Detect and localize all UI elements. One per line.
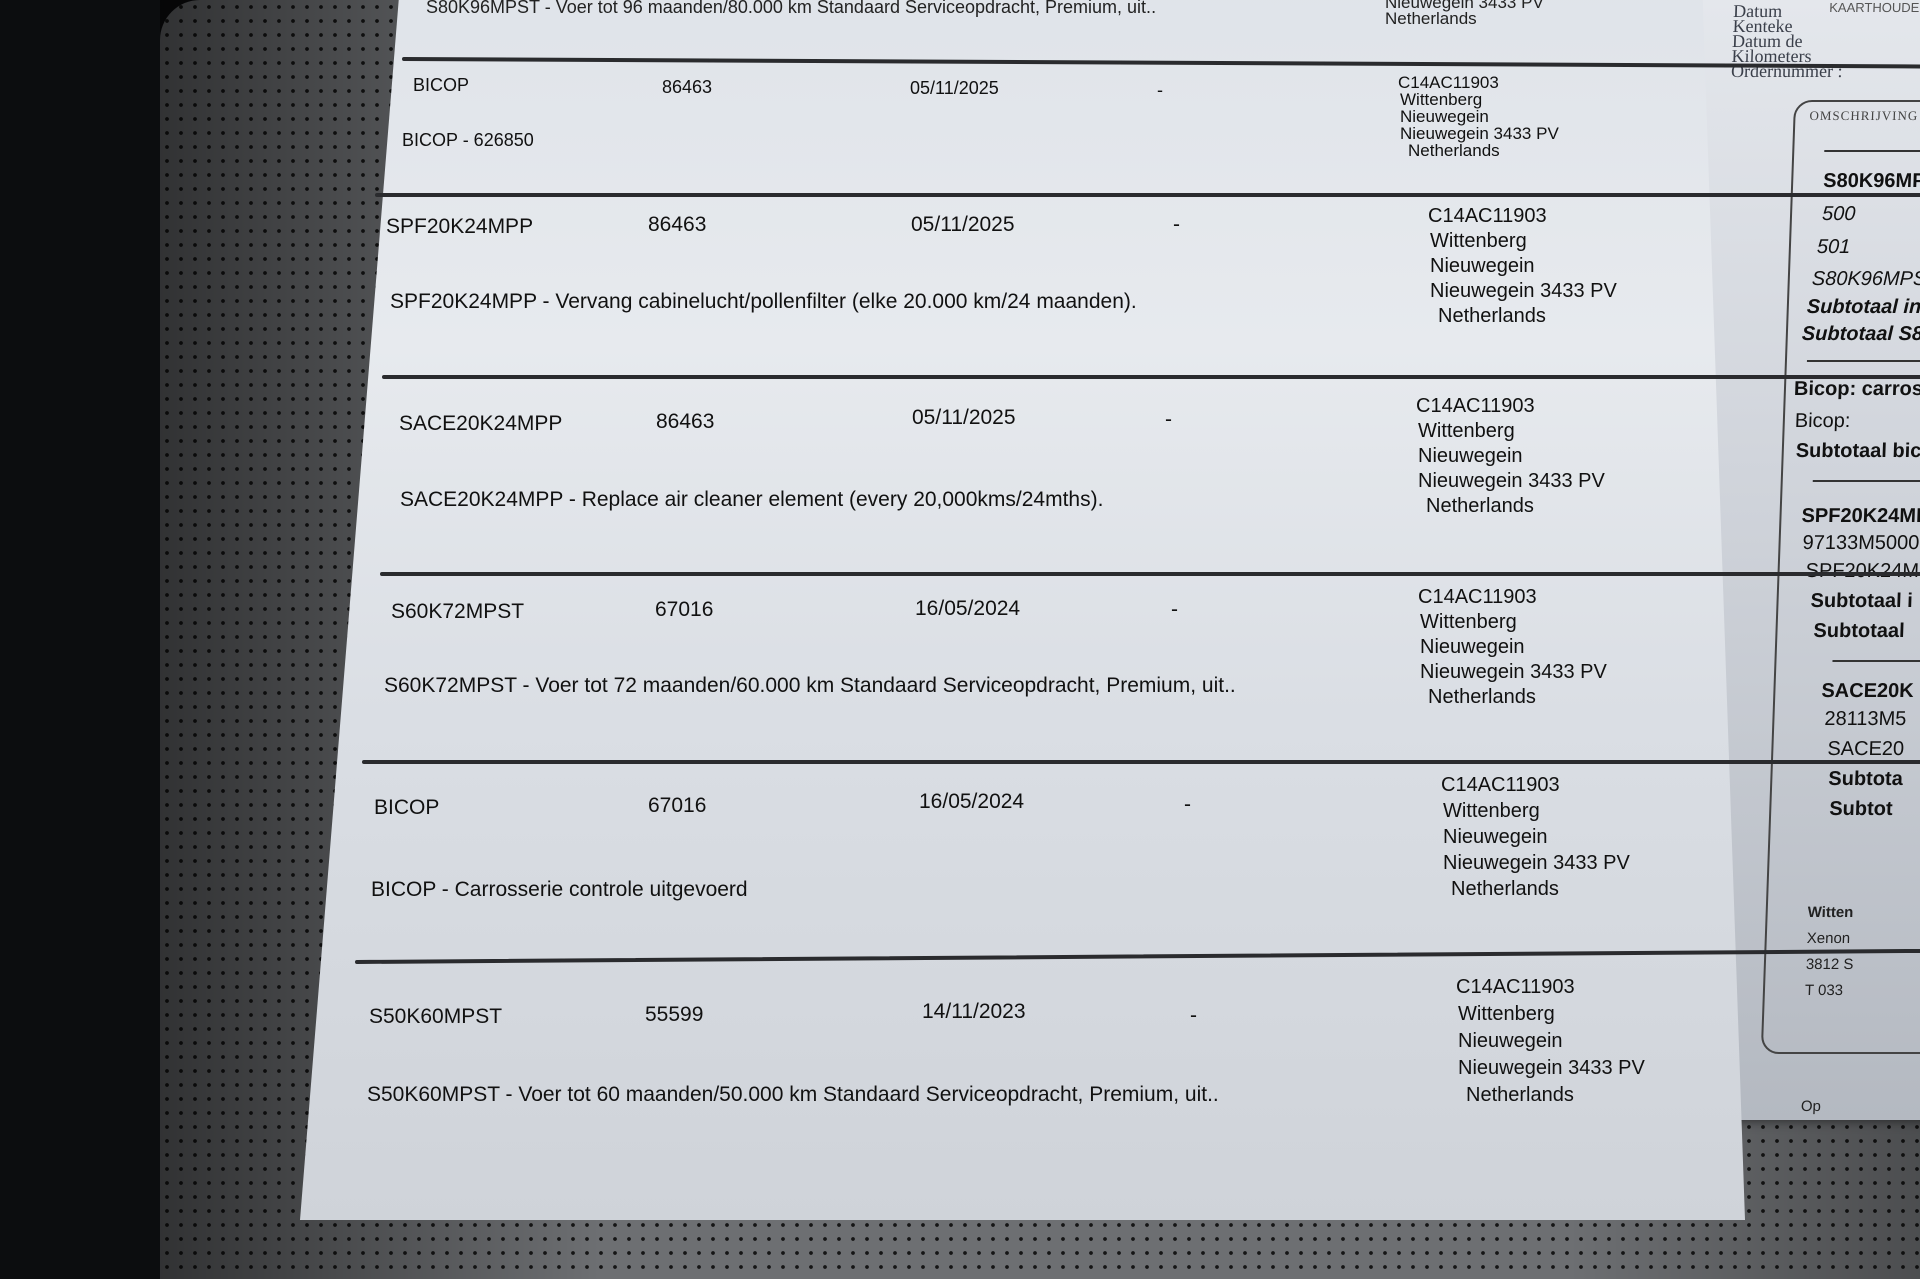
dealer-address-line: C14AC11903: [1418, 585, 1607, 610]
top-cut-description: S80K96MPST - Voer tot 96 maanden/80.000 …: [426, 0, 1156, 18]
dealer-address-line: Netherlands: [1426, 494, 1605, 519]
dealer-address-line: C14AC11903: [1456, 974, 1645, 1001]
service-code: BICOP: [413, 75, 469, 96]
dealer-address-line: Nieuwegein: [1430, 254, 1617, 279]
placeholder-dash: -: [1190, 1004, 1197, 1028]
dealer-address: C14AC11903WittenbergNieuwegeinNieuwegein…: [1441, 772, 1630, 902]
dealer-address-line: Nieuwegein 3433 PV: [1458, 1055, 1645, 1082]
dealer-address-line: C14AC11903: [1398, 74, 1559, 91]
side-doc-line: Subtotaal S8: [1801, 323, 1920, 346]
placeholder-dash: -: [1171, 598, 1178, 622]
mileage: 86463: [648, 213, 706, 237]
footer-line: Op: [1800, 1094, 1848, 1120]
mileage: 67016: [648, 794, 706, 818]
record-divider: [380, 572, 1920, 576]
dealer-address: C14AC11903WittenbergNieuwegeinNieuwegein…: [1416, 394, 1605, 519]
dealer-address-line: Wittenberg: [1400, 91, 1559, 108]
service-description: SACE20K24MPP - Replace air cleaner eleme…: [400, 488, 1103, 512]
mileage: 67016: [655, 598, 713, 622]
top-cut-address: Nieuwegein 3433 PV Netherlands: [1385, 0, 1544, 27]
dealer-address-line: C14AC11903: [1441, 772, 1630, 798]
dealer-address-line: Netherlands: [1466, 1082, 1645, 1109]
side-doc-line: Subtot: [1829, 798, 1893, 821]
side-doc-line: 500: [1822, 203, 1856, 226]
side-doc-divider: [1824, 150, 1920, 152]
service-code: BICOP: [374, 796, 439, 820]
mileage: 86463: [656, 410, 714, 434]
side-doc-line: Bicop:: [1794, 410, 1850, 433]
side-doc-line: Subtota: [1828, 768, 1903, 791]
side-doc-line: Bicop: carross: [1794, 378, 1920, 401]
dealer-address-line: Nieuwegein: [1420, 635, 1607, 660]
record-divider: [382, 375, 1920, 379]
service-code: S50K60MPST: [369, 1005, 502, 1029]
service-description: S50K60MPST - Voer tot 60 maanden/50.000 …: [367, 1083, 1219, 1107]
placeholder-dash: -: [1184, 793, 1191, 817]
stamp-text: KAARTHOUDER: [1829, 0, 1920, 15]
dealer-address-line: Nieuwegein: [1443, 824, 1630, 850]
footer-line: 3812 S: [1805, 952, 1853, 978]
placeholder-dash: -: [1165, 408, 1172, 432]
dealer-address-line: Nieuwegein: [1400, 108, 1559, 125]
dealer-address-line: Wittenberg: [1430, 229, 1617, 254]
service-date: 16/05/2024: [919, 790, 1024, 814]
dealer-address-line: Netherlands: [1428, 685, 1607, 710]
dealer-address-line: Nieuwegein 3433 PV: [1430, 279, 1617, 304]
dealer-address-line: Nieuwegein 3433 PV: [1420, 660, 1607, 685]
service-date: 14/11/2023: [922, 1000, 1026, 1024]
dealer-address-line: C14AC11903: [1416, 394, 1605, 419]
side-doc-divider: [1813, 480, 1920, 482]
side-doc-line: SACE20K: [1821, 680, 1914, 703]
service-date: 05/11/2025: [912, 406, 1016, 430]
dealer-address-line: Nieuwegein 3433 PV: [1443, 850, 1630, 876]
dealer-address: C14AC11903WittenbergNieuwegeinNieuwegein…: [1398, 74, 1559, 159]
service-code: SACE20K24MPP: [399, 412, 562, 436]
footer-line: Xenon: [1806, 926, 1854, 952]
dealer-address: C14AC11903WittenbergNieuwegeinNieuwegein…: [1418, 585, 1607, 710]
footer-line: T 033: [1804, 978, 1852, 1004]
side-doc-line: Subtotaal i: [1810, 590, 1913, 613]
side-doc-line: 501: [1817, 236, 1851, 259]
side-doc-line: Subtotaal bic: [1795, 440, 1920, 463]
record-divider: [375, 193, 1920, 197]
mileage: 86463: [662, 77, 712, 98]
placeholder-dash: -: [1173, 213, 1180, 237]
dealer-address: C14AC11903WittenbergNieuwegeinNieuwegein…: [1428, 204, 1617, 329]
dealer-address-line: Nieuwegein 3433 PV: [1418, 469, 1605, 494]
side-doc-line: Subtotaal: [1813, 620, 1905, 643]
dealer-address-line: Netherlands: [1438, 304, 1617, 329]
service-description: BICOP - 626850: [402, 130, 534, 151]
footer-line: Witten: [1807, 900, 1855, 926]
side-doc-line: 28113M5: [1824, 708, 1907, 731]
side-doc-line: SACE20: [1827, 738, 1905, 761]
service-code: SPF20K24MPP: [386, 215, 533, 239]
side-doc-divider: [1807, 360, 1920, 362]
service-code: S60K72MPST: [391, 600, 524, 624]
table-header: OMSCHRIJVING: [1809, 108, 1918, 124]
dealer-address-line: Wittenberg: [1458, 1001, 1645, 1028]
placeholder-dash: -: [1157, 80, 1163, 101]
service-description: SPF20K24MPP - Vervang cabinelucht/pollen…: [390, 290, 1137, 314]
service-date: 05/11/2025: [910, 78, 999, 99]
record-divider: [362, 760, 1920, 764]
side-doc-line: 97133M5000: [1802, 532, 1920, 555]
side-doc-line: S80K96MP: [1823, 170, 1920, 193]
side-doc-line: SPF20K24MP: [1801, 505, 1920, 528]
dealer-address-line: Netherlands: [1451, 876, 1630, 902]
service-date: 05/11/2025: [911, 213, 1015, 237]
address-line: Netherlands: [1385, 11, 1544, 27]
dealer-address-line: Netherlands: [1408, 142, 1559, 159]
dealer-address-line: Wittenberg: [1420, 610, 1607, 635]
side-doc-divider: [1832, 660, 1920, 662]
service-description: BICOP - Carrosserie controle uitgevoerd: [371, 878, 748, 902]
mileage: 55599: [645, 1003, 703, 1027]
dealer-address-line: C14AC11903: [1428, 204, 1617, 229]
side-doc-footer: Witten Xenon 3812 S T 033 Op: [1800, 900, 1855, 1120]
dealer-address: C14AC11903WittenbergNieuwegeinNieuwegein…: [1456, 974, 1645, 1109]
dealer-address-line: Nieuwegein: [1418, 444, 1605, 469]
dealer-address-line: Nieuwegein 3433 PV: [1400, 125, 1559, 142]
service-date: 16/05/2024: [915, 597, 1020, 621]
side-doc-line: S80K96MPS: [1811, 268, 1920, 291]
dealer-address-line: Wittenberg: [1443, 798, 1630, 824]
side-doc-line: Subtotaal in: [1806, 296, 1920, 319]
service-description: S60K72MPST - Voer tot 72 maanden/60.000 …: [384, 674, 1236, 698]
dealer-address-line: Nieuwegein: [1458, 1028, 1645, 1055]
dealer-address-line: Wittenberg: [1418, 419, 1605, 444]
